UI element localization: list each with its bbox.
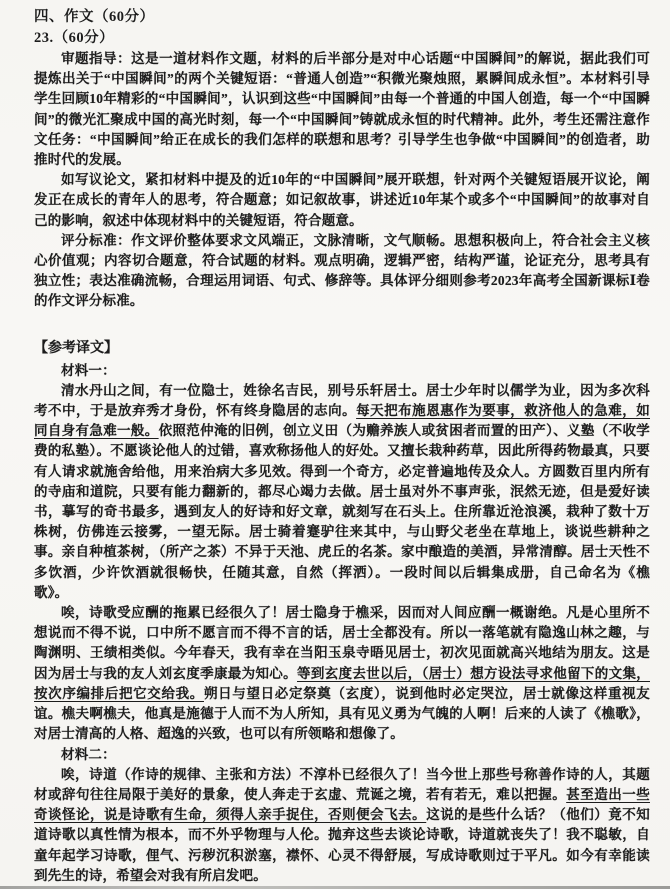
section-heading: 四、作文（60分） [34,7,650,28]
document-page: 四、作文（60分） 23.（60分） 审题指导：这是一道材料作文题，材料的后半部… [0,0,670,889]
paragraph: 如写议论文，紧扣材料中提及的近10年的“中国瞬间”展开联想，针对两个关键短语展开… [34,170,650,231]
text-segment: 评分标准：作文评价整体要求文风端正，文脉清晰，文气顺畅。思想积极向上，符合社会主… [34,233,650,309]
text-segment: 唉，诗道（作诗的规律、主张和方法）不淳朴已经很久了！当今世上那些号称善作诗的人，… [34,767,650,802]
translation-header: 【参考译文】 [34,339,650,359]
question-number: 23.（60分） [34,28,650,49]
text-segment: 如写议论文，紧扣材料中提及的近10年的“中国瞬间”展开联想，针对两个关键短语展开… [34,172,650,227]
text-segment: 依照范仲淹的旧例，创立义田（为赡养族人或贫困者而置的田产）、义塾（不收学费的私塾… [34,423,650,600]
material-label: 材料一： [34,361,650,381]
guidance-section: 审题指导：这是一道材料作文题，材料的后半部分是对中心话题“中国瞬间”的解说，据此… [34,49,650,312]
paragraph: 唉，诗道（作诗的规律、主张和方法）不淳朴已经很久了！当今世上那些号称善作诗的人，… [34,765,650,886]
text-segment: 审题指导：这是一道材料作文题，材料的后半部分是对中心话题“中国瞬间”的解说，据此… [34,51,650,167]
paragraph: 唉，诗歌受应酬的拖累已经很久了！居士隐身于樵采，因而对人间应酬一概谢绝。凡是心里… [34,603,650,744]
paragraph: 审题指导：这是一道材料作文题，材料的后半部分是对中心话题“中国瞬间”的解说，据此… [34,49,650,170]
material-label: 材料二： [34,745,650,765]
paragraph: 评分标准：作文评价整体要求文风端正，文脉清晰，文气顺畅。思想积极向上，符合社会主… [34,231,650,312]
paragraph: 清水丹山之间，有一位隐士，姓徐名吉民，别号乐轩居士。居士少年时以儒学为业，因为多… [34,381,650,603]
translation-materials: 材料一：清水丹山之间，有一位隐士，姓徐名吉民，别号乐轩居士。居士少年时以儒学为业… [34,361,650,886]
